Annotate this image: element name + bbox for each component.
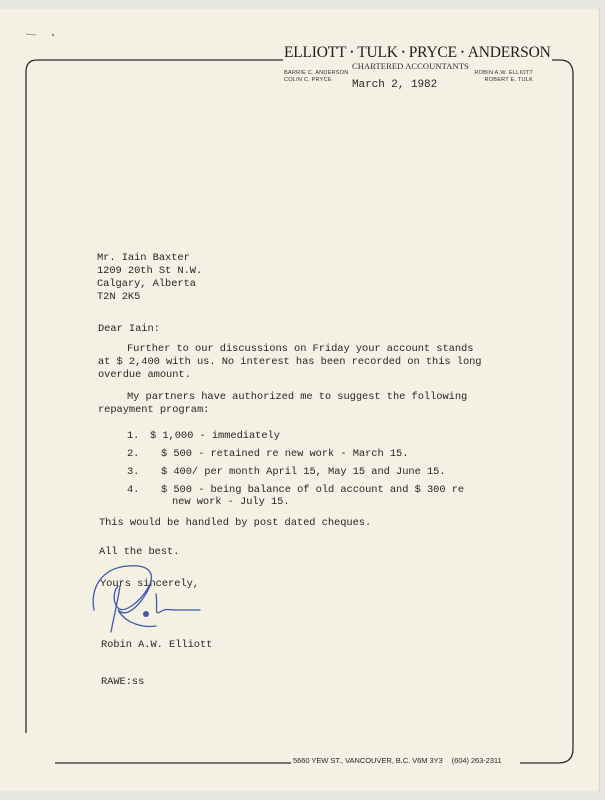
firm-name-heading: ELLIOTT•TULK•PRYCE•ANDERSON	[283, 44, 552, 62]
scan-speck	[24, 31, 58, 37]
recipient-postal-code: T2N 2K5	[97, 291, 202, 304]
item-text-continuation: new work - July 15.	[172, 496, 290, 508]
firm-name-tulk: TULK	[357, 44, 398, 61]
item-text: $ 500 - retained re new work - March 15.	[161, 448, 408, 460]
partner-name: ROBERT E. TULK	[453, 77, 533, 84]
separator-dot: •	[402, 47, 405, 57]
firm-subtitle: CHARTERED ACCOUNTANTS	[352, 61, 469, 71]
item-number: 2.	[127, 448, 139, 460]
paragraph-repayment-intro: My partners have authorized me to sugges…	[98, 391, 467, 417]
letter-date: March 2, 1982	[352, 79, 437, 91]
paragraph-line: overdue amount.	[98, 369, 482, 382]
footer-phone: (604) 263-2311	[452, 756, 502, 765]
partners-left: BARRIE C. ANDERSON COLIN C. PRYCE	[284, 70, 349, 83]
signer-name: Robin A.W. Elliott	[101, 639, 212, 651]
paragraph-account-balance: Further to our discussions on Friday you…	[98, 343, 482, 382]
paragraph-line: My partners have authorized me to sugges…	[98, 391, 467, 404]
firm-name-pryce: PRYCE	[409, 44, 457, 61]
firm-name-elliott: ELLIOTT	[284, 44, 346, 61]
footer-contact: 5660 YEW ST., VANCOUVER, B.C. V6M 3Y3(60…	[291, 756, 504, 765]
salutation: Dear Iain:	[98, 323, 160, 335]
partner-name: ROBIN A.W. ELLIOTT	[453, 70, 533, 77]
recipient-city: Calgary, Alberta	[97, 278, 202, 291]
item-number: 3.	[127, 466, 139, 478]
item-text: $ 500 - being balance of old account and…	[161, 484, 464, 496]
paragraph-line: repayment program:	[98, 404, 467, 417]
paragraph-line: Further to our discussions on Friday you…	[98, 343, 482, 356]
handwritten-signature-icon	[88, 560, 208, 640]
partners-right: ROBIN A.W. ELLIOTT ROBERT E. TULK	[453, 70, 533, 83]
recipient-name: Mr. Iain Baxter	[97, 252, 202, 265]
partner-name: BARRIE C. ANDERSON	[284, 70, 349, 77]
recipient-street: 1209 20th St N.W.	[97, 265, 202, 278]
paragraph-line: at $ 2,400 with us. No interest has been…	[98, 356, 482, 369]
item-number: 1.	[127, 430, 139, 442]
farewell: All the best.	[99, 546, 179, 558]
firm-name-anderson: ANDERSON	[468, 44, 551, 61]
recipient-address: Mr. Iain Baxter 1209 20th St N.W. Calgar…	[97, 252, 202, 304]
footer-address: 5660 YEW ST., VANCOUVER, B.C. V6M 3Y3	[293, 756, 443, 765]
separator-dot: •	[350, 47, 353, 57]
separator-dot: •	[461, 47, 464, 57]
item-text: $ 1,000 - immediately	[150, 430, 280, 442]
reference-initials: RAWE:ss	[101, 676, 144, 688]
closing-line: This would be handled by post dated cheq…	[99, 517, 371, 529]
item-number: 4.	[127, 484, 139, 496]
item-text: $ 400/ per month April 15, May 15 and Ju…	[161, 466, 446, 478]
partner-name: COLIN C. PRYCE	[284, 77, 349, 84]
